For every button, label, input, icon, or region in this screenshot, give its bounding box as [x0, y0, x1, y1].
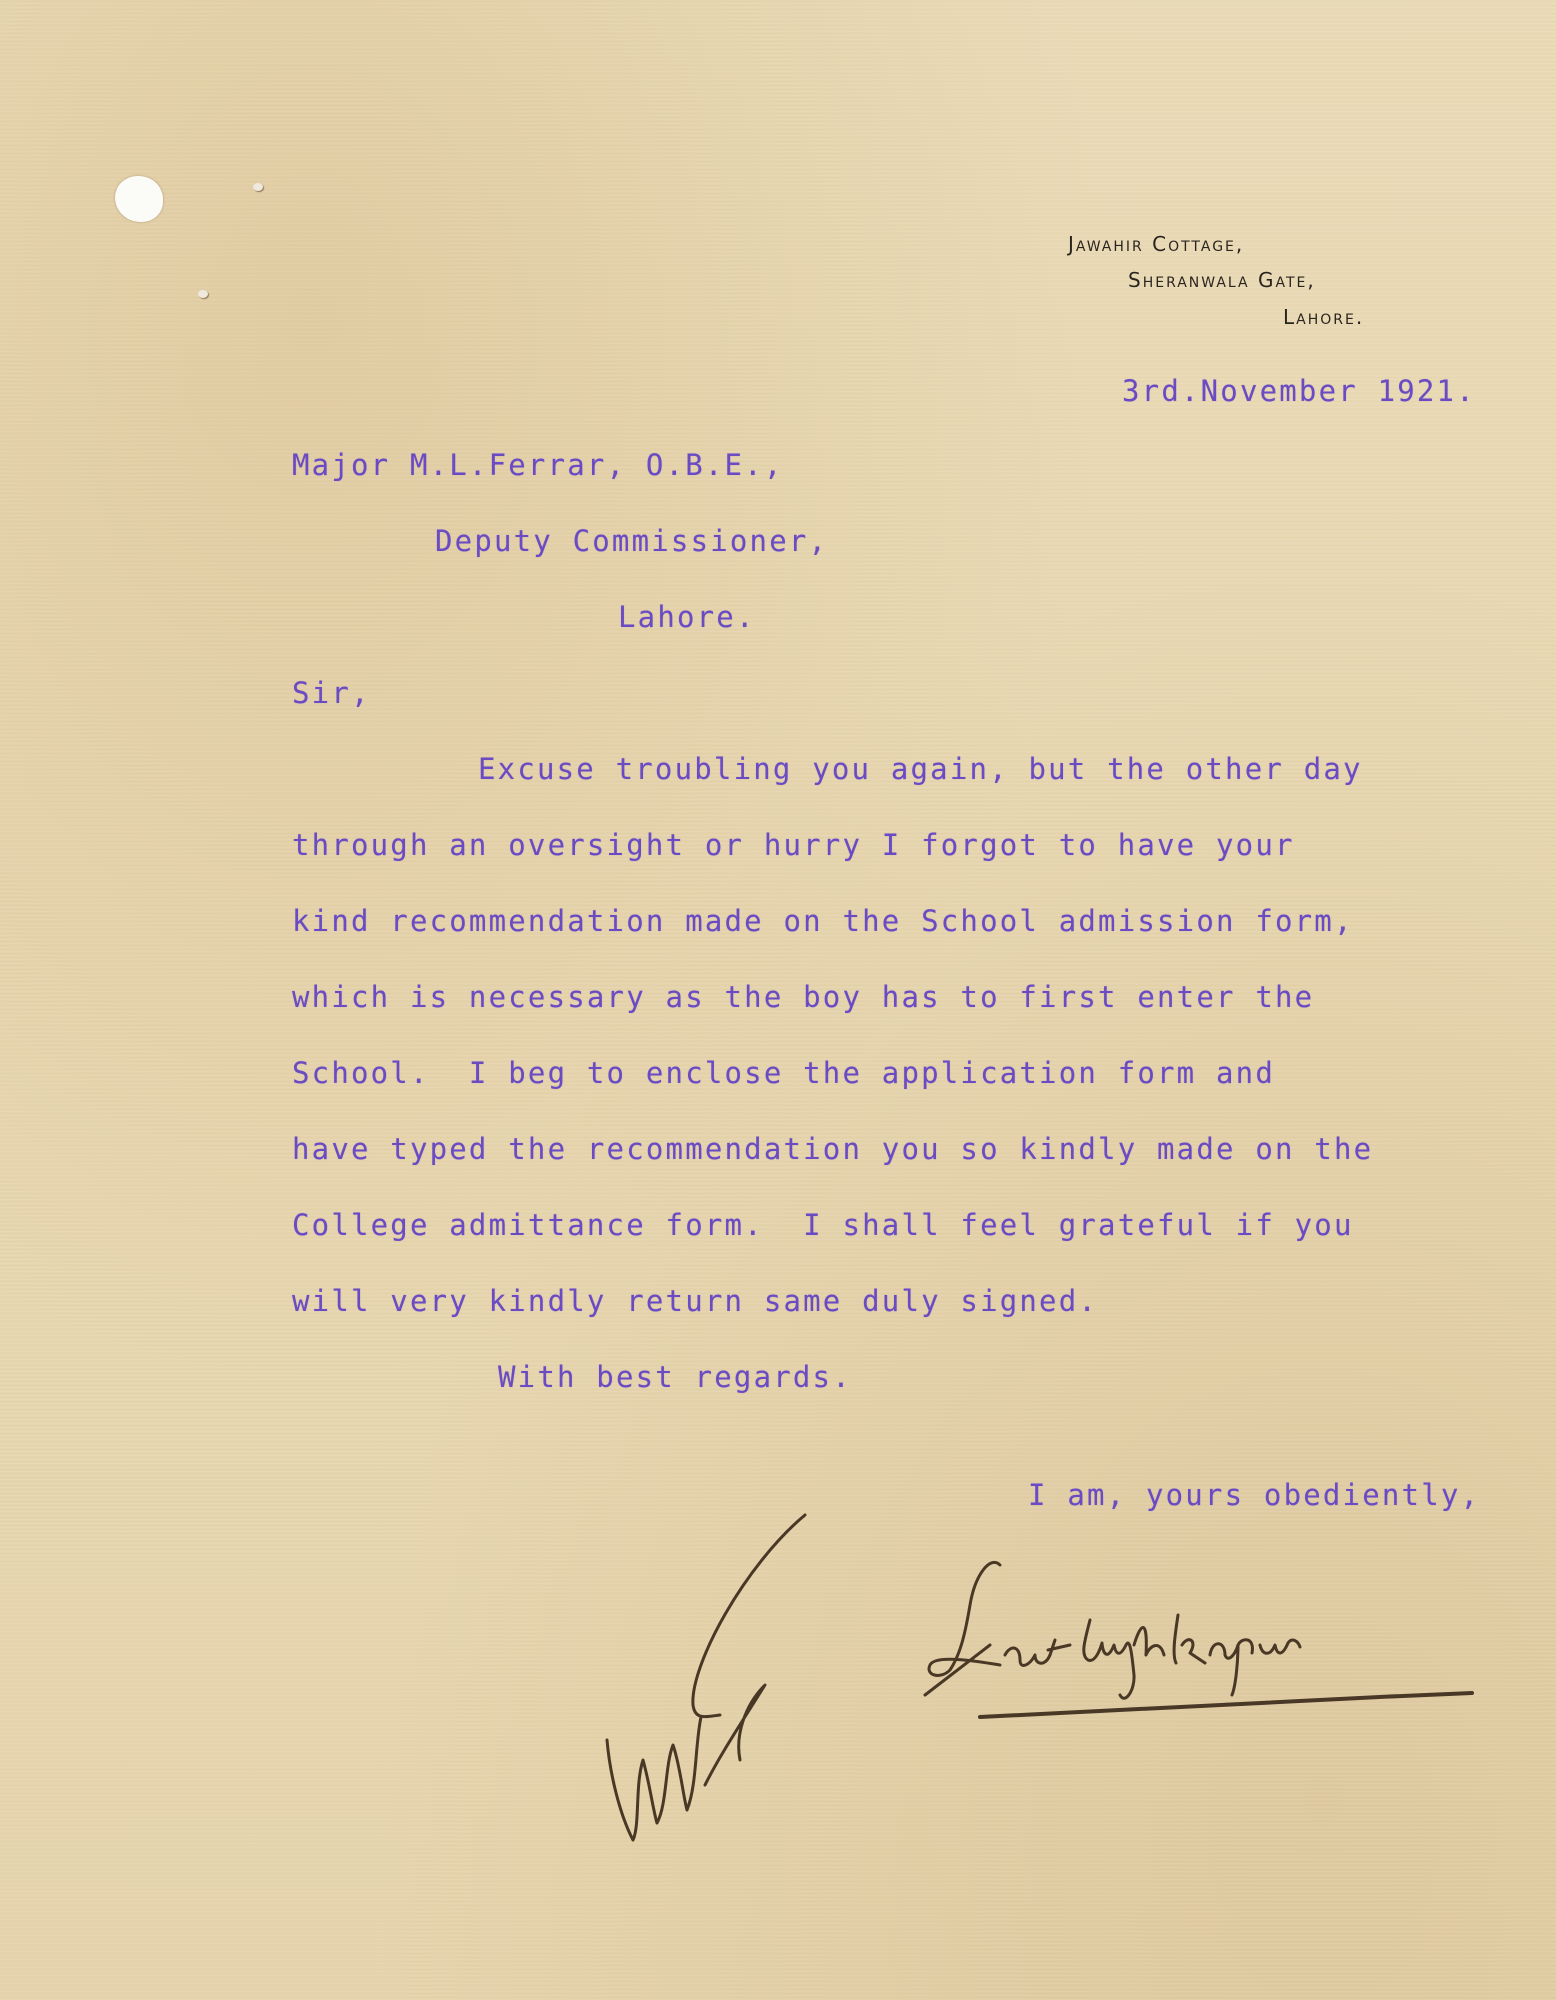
- body-line: School. I beg to enclose the application…: [292, 1056, 1275, 1090]
- recipient-name: Major M.L.Ferrar, O.B.E.,: [292, 448, 784, 482]
- recipient-city: Lahore.: [618, 600, 756, 634]
- sender-signature: [920, 1545, 1520, 1725]
- letterhead-line-3: Lahore.: [1283, 305, 1364, 329]
- letterhead-line-2: Sheranwala Gate,: [1128, 268, 1316, 292]
- body-line: have typed the recommendation you so kin…: [292, 1132, 1373, 1166]
- initials-signature: [595, 1505, 815, 1855]
- paper-tack-mark: [253, 183, 263, 191]
- paper-tack-mark: [198, 290, 208, 298]
- body-line: which is necessary as the boy has to fir…: [292, 980, 1314, 1014]
- recipient-title: Deputy Commissioner,: [435, 524, 828, 558]
- body-line: Excuse troubling you again, but the othe…: [478, 752, 1363, 786]
- punch-hole: [115, 176, 163, 222]
- salutation: Sir,: [292, 676, 371, 710]
- body-line: College admittance form. I shall feel gr…: [292, 1208, 1354, 1242]
- letter-date: 3rd.November 1921.: [1122, 374, 1476, 408]
- letterhead-line-1: Jawahir Cottage,: [1068, 232, 1244, 256]
- closing-regards: With best regards.: [498, 1360, 852, 1394]
- sign-off: I am, yours obediently,: [1028, 1478, 1480, 1512]
- body-line: kind recommendation made on the School a…: [292, 904, 1354, 938]
- body-line: through an oversight or hurry I forgot t…: [292, 828, 1295, 862]
- body-line: will very kindly return same duly signed…: [292, 1284, 1098, 1318]
